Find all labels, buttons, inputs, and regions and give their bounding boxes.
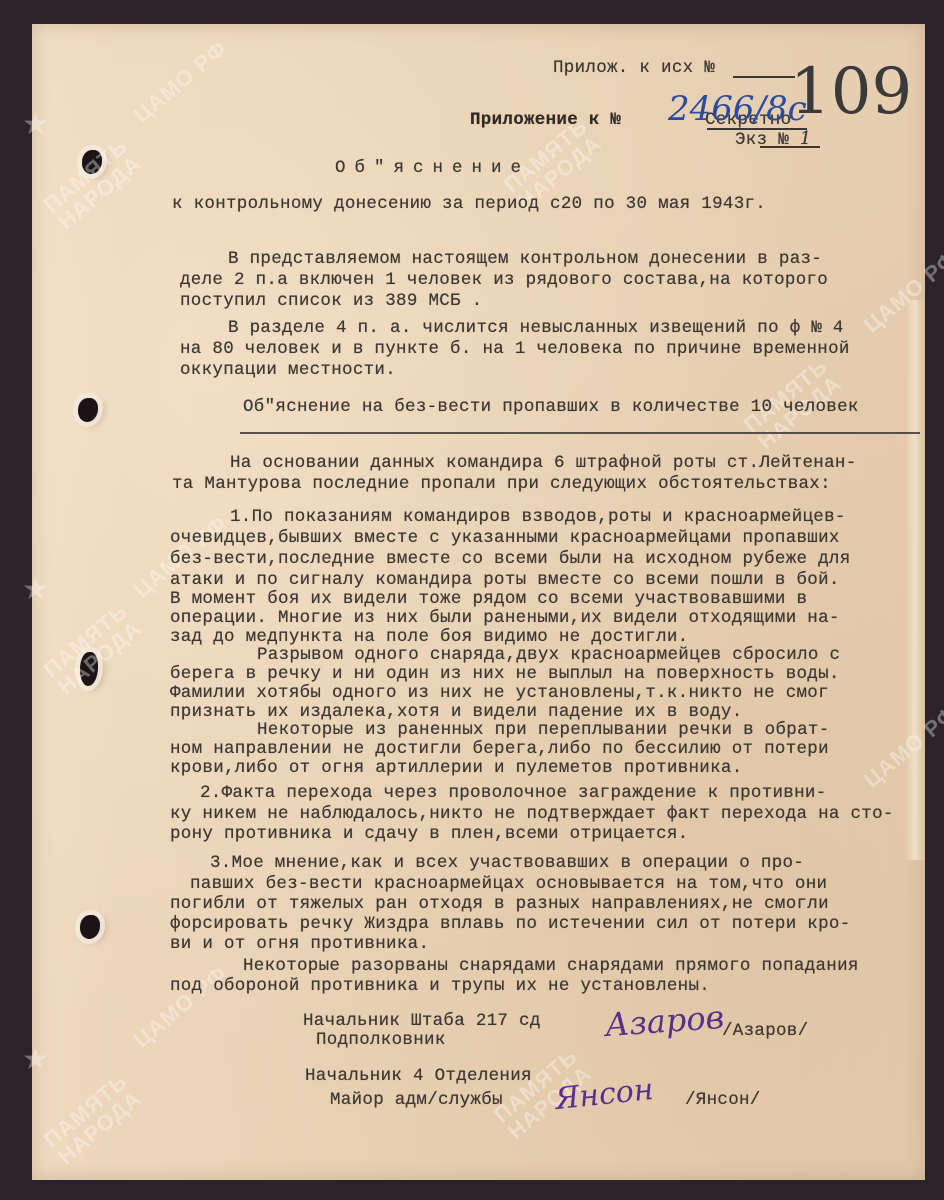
- point2-line: рону противника и сдачу в плен,всеми отр…: [170, 826, 688, 844]
- intro-line: поступил список из 389 МСБ .: [180, 293, 482, 311]
- signer1-name: /Азаров/: [722, 1023, 808, 1041]
- point1-line: операции. Многие из них были ранеными,их…: [170, 610, 840, 628]
- section-divider: [240, 432, 920, 434]
- paper-fold: [905, 300, 925, 860]
- point2-line: ку никем не наблюдалось,никто не подтвер…: [170, 806, 894, 824]
- signer2-rank: Майор адм/службы: [330, 1092, 503, 1110]
- circumstances-line: та Мантурова последние пропали при следу…: [172, 476, 831, 494]
- section4-line: В разделе 4 п. а. числится невысланных и…: [228, 320, 844, 338]
- attachment-label: Прилож. к исх №: [553, 60, 715, 78]
- point1-line: Фамилии хотябы одного из них не установл…: [170, 685, 829, 703]
- point1-line: ном направлении не достигли берега,либо …: [170, 741, 829, 759]
- point3-line: под обороной противника и трупы их не ус…: [170, 978, 710, 996]
- point1-line: признать их издалека,хотя и видели паден…: [170, 704, 743, 722]
- point1-line: крови,либо от огня артиллерии и пулемето…: [170, 760, 743, 778]
- signer2-title: Начальник 4 Отделения: [305, 1068, 532, 1086]
- underline: [760, 146, 820, 148]
- point3-line: Некоторые разорваны снарядами снарядами …: [243, 958, 859, 976]
- signer2-name: /Янсон/: [685, 1092, 761, 1110]
- point1-line: зад до медпункта на поле боя видимо не д…: [170, 629, 688, 647]
- underline: [733, 76, 795, 78]
- point1-line: Разрывом одного снаряда,двух красноармей…: [257, 647, 840, 665]
- point3-line: погибли от тяжелых ран отходя в разных н…: [170, 896, 829, 914]
- section4-line: на 80 человек и в пункте б. на 1 человек…: [180, 341, 850, 359]
- point1-line: В момент боя их видели тоже рядом со все…: [170, 591, 807, 609]
- point2-line: 2.Факта перехода через проволочное загра…: [200, 785, 827, 803]
- signer1-signature: Азаров: [604, 1001, 725, 1041]
- folio-number: 109: [790, 60, 912, 124]
- handwritten-ref-number: 2466/8с: [668, 92, 807, 126]
- point1-line: без-вести,последние вместе со всеми были…: [170, 551, 851, 569]
- point3-line: ви и от огня противника.: [170, 936, 429, 954]
- section4-line: оккупации местности.: [180, 362, 396, 380]
- document-subtitle: к контрольному донесению за период с20 п…: [172, 196, 766, 214]
- missing-heading: Об"яснение на без-вести пропавших в коли…: [243, 399, 859, 417]
- point3-line: 3.Мое мнение,как и всех участвовавших в …: [210, 855, 804, 873]
- signer1-rank: Подполковник: [316, 1032, 446, 1050]
- point1-line: 1.По показаниям командиров взводов,роты …: [230, 509, 846, 527]
- intro-line: деле 2 п.а включен 1 человек из рядового…: [180, 272, 828, 290]
- point1-line: атаки и по сигналу командира роты вместе…: [170, 572, 840, 590]
- document-title: Об"яснение: [335, 160, 530, 178]
- reference-line: Приложение к №: [470, 112, 621, 130]
- point1-line: Некоторые из раненных при переплывании р…: [257, 722, 830, 740]
- point3-line: форсировать речку Жиздра вплавь по истеч…: [170, 916, 851, 934]
- point1-line: берега в речку и ни один из них не выплы…: [170, 666, 840, 684]
- point1-line: очевидцев,бывших вместе с указанными кра…: [170, 530, 840, 548]
- signer1-title: Начальник Штаба 217 сд: [303, 1013, 541, 1031]
- intro-line: В представляемом настоящем контрольном д…: [228, 251, 822, 269]
- circumstances-line: На основании данных командира 6 штрафной…: [230, 455, 857, 473]
- point3-line: павших без-вести красноармейцах основыва…: [190, 876, 827, 894]
